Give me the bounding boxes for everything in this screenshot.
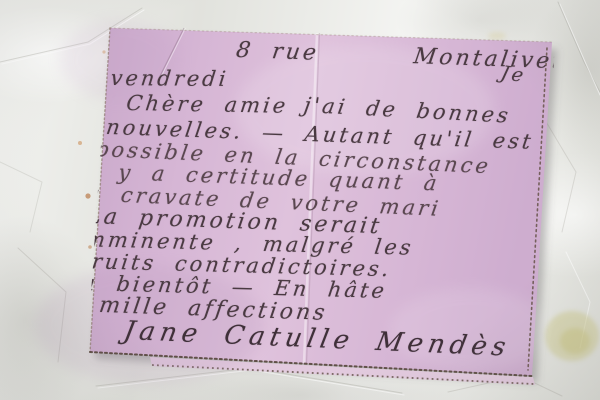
handwriting-salutation: Chère amie	[125, 91, 290, 118]
photo-of-letter: 8 rue Montalivet Je vendredi Chère amie …	[0, 0, 600, 400]
handwriting-date-line: vendredi	[109, 66, 230, 91]
handwriting-flourish: Je	[499, 62, 529, 87]
